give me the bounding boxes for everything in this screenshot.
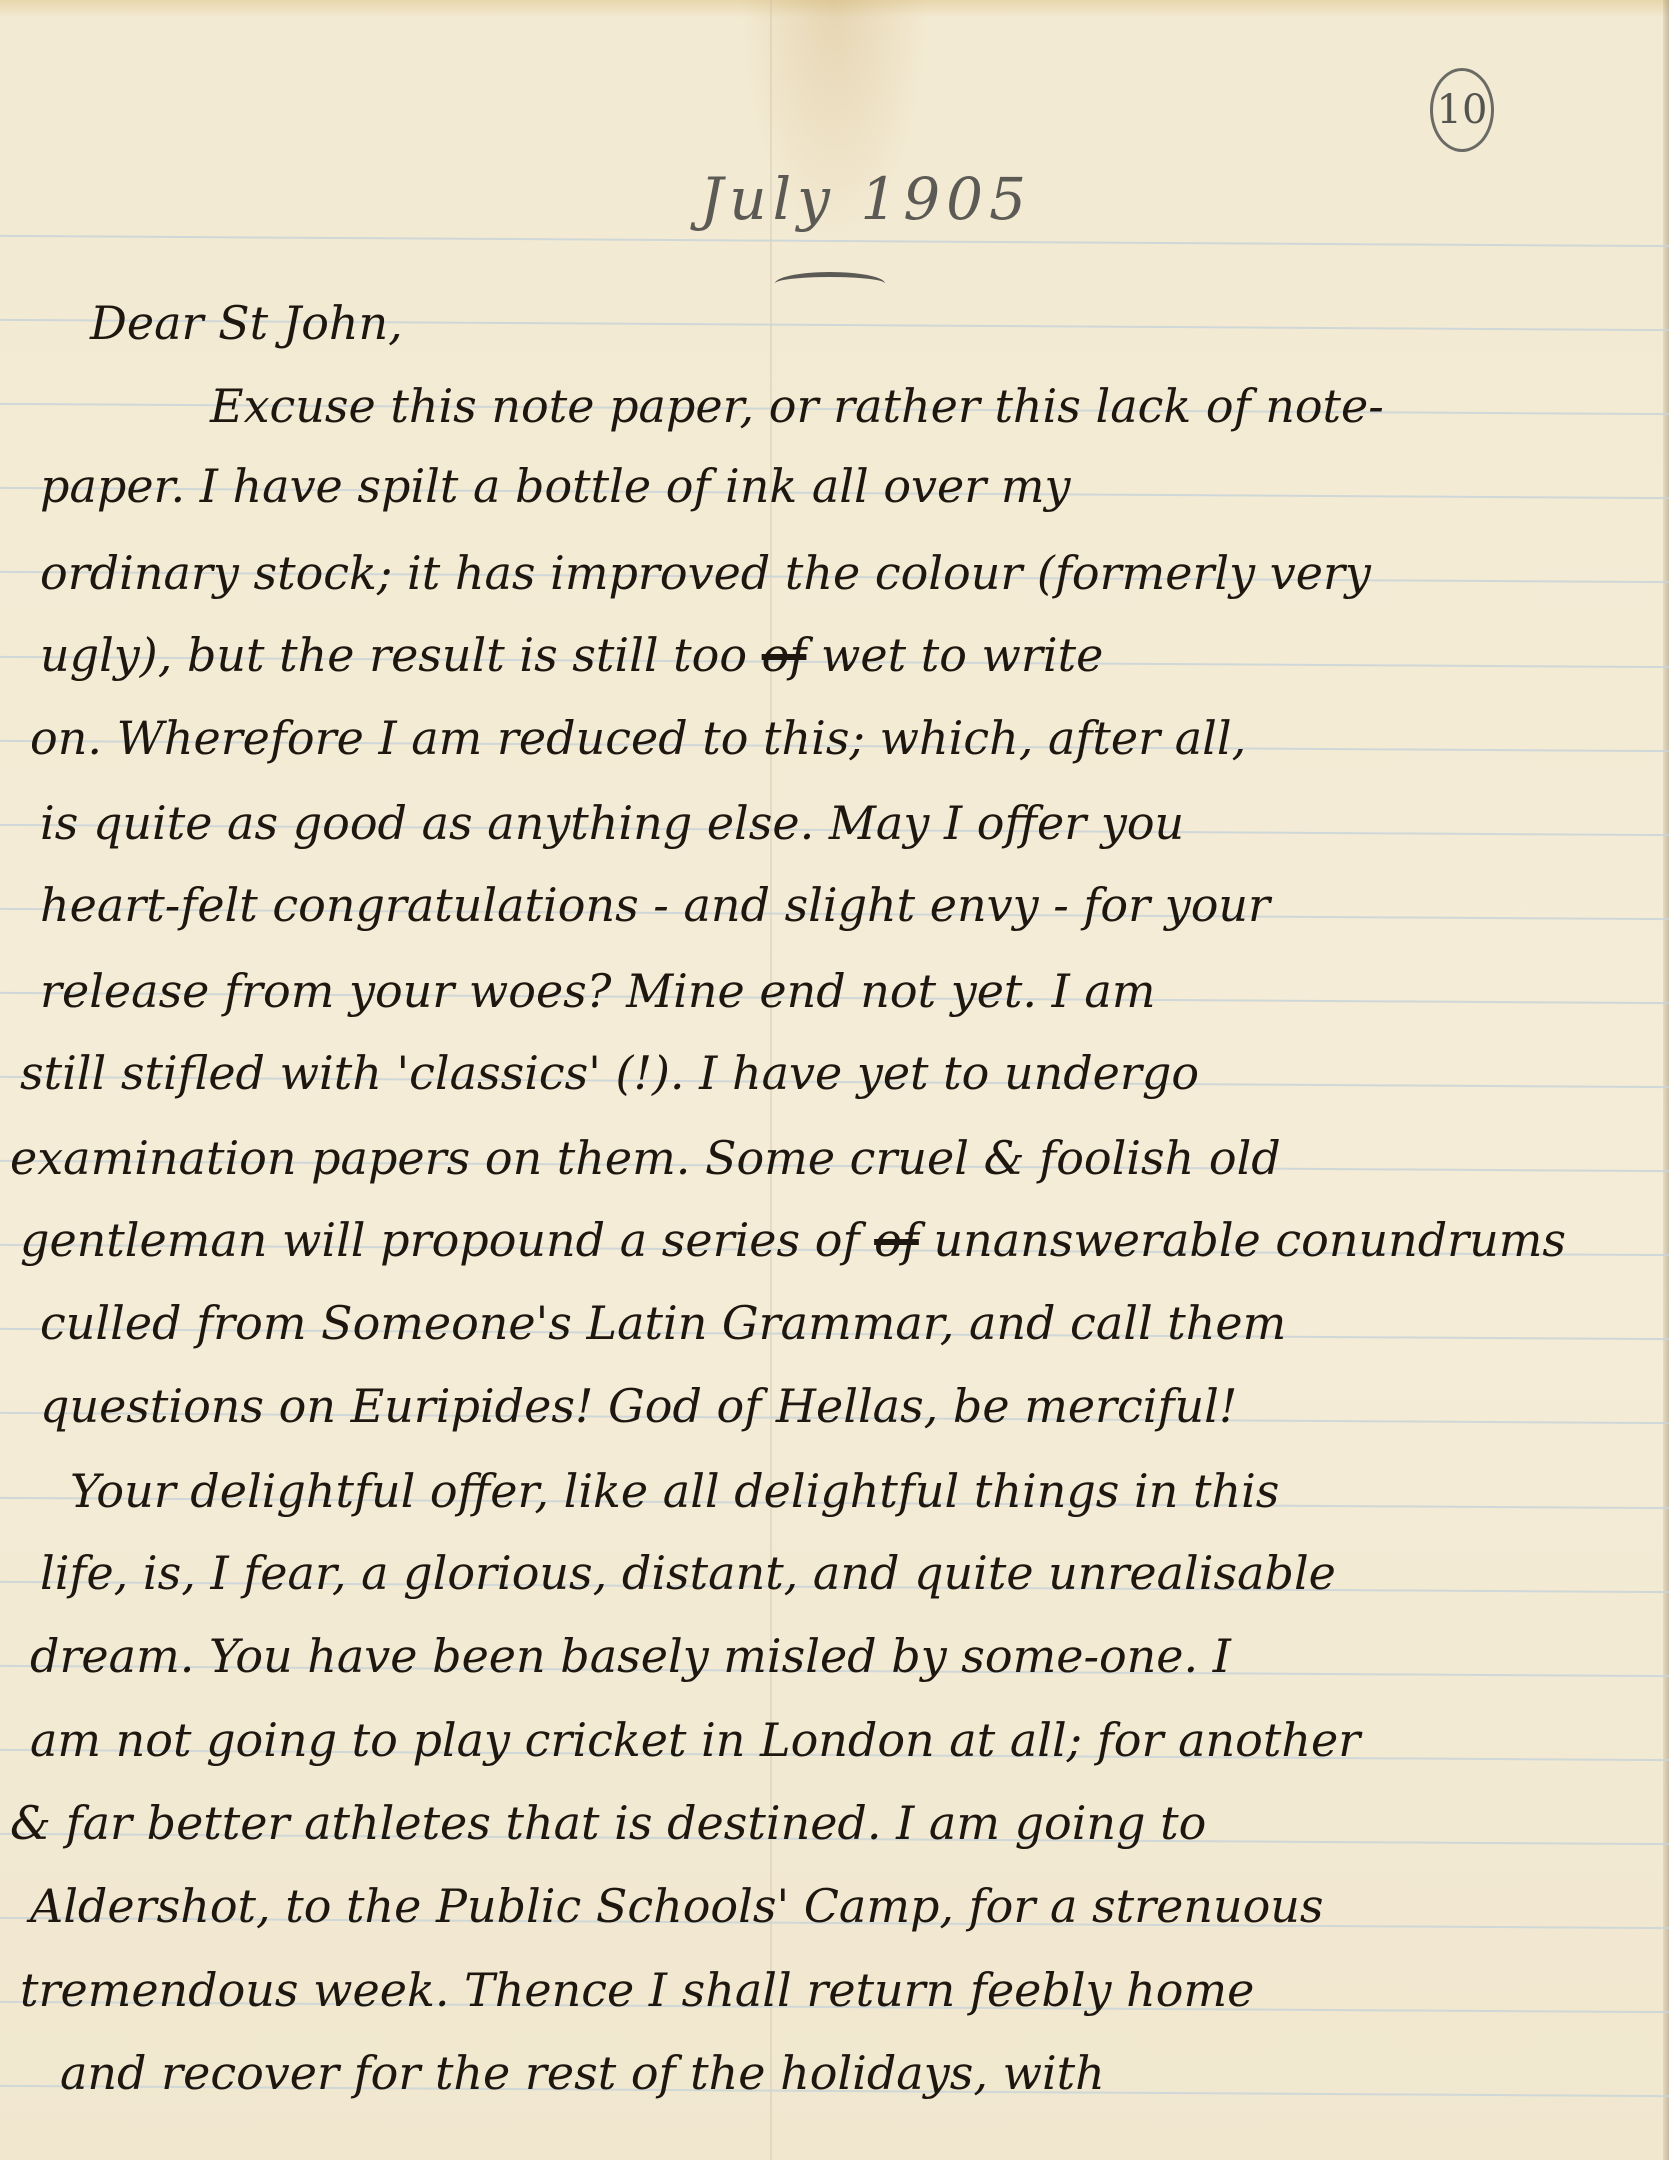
letter-line: am not going to play cricket in London a… <box>30 1717 1360 1763</box>
letter-line: examination papers on them. Some cruel &… <box>10 1135 1281 1181</box>
letter-line: on. Wherefore I am reduced to this; whic… <box>30 715 1246 761</box>
letter-line: tremendous week. Thence I shall return f… <box>20 1967 1254 2013</box>
salutation: Dear St John, <box>90 300 403 346</box>
letter-line: ordinary stock; it has improved the colo… <box>40 550 1371 596</box>
letter-line: life, is, I fear, a glorious, distant, a… <box>40 1550 1336 1596</box>
letter-line: culled from Someone's Latin Grammar, and… <box>40 1300 1286 1346</box>
letter-line: release from your woes? Mine end not yet… <box>40 968 1155 1014</box>
letter-page: 10 July 1905 Dear St John, Excuse this n… <box>0 0 1669 2160</box>
letter-line: ugly), but the result is still too of we… <box>40 632 1103 678</box>
paper-edge <box>1663 0 1669 2160</box>
letter-line: and recover for the rest of the holidays… <box>60 2050 1105 2096</box>
date-underline <box>775 272 885 295</box>
letter-line: gentleman will propound a series of of u… <box>20 1217 1566 1263</box>
letter-line: dream. You have been basely misled by so… <box>30 1633 1231 1679</box>
letter-line: questions on Euripides! God of Hellas, b… <box>40 1383 1237 1429</box>
letter-date: July 1905 <box>700 165 1032 233</box>
folio-number: 10 <box>1430 68 1494 152</box>
ruled-line <box>0 235 1669 247</box>
struck-out-word: of <box>762 628 807 682</box>
letter-line: paper. I have spilt a bottle of ink all … <box>40 463 1070 509</box>
letter-line: Aldershot, to the Public Schools' Camp, … <box>30 1883 1324 1929</box>
struck-out-word: of <box>874 1213 919 1267</box>
letter-line: & far better athletes that is destined. … <box>10 1800 1206 1846</box>
letter-line: is quite as good as anything else. May I… <box>40 800 1184 846</box>
letter-line: heart-felt congratulations - and slight … <box>40 882 1270 928</box>
letter-line: Excuse this note paper, or rather this l… <box>210 383 1384 429</box>
folio-number-text: 10 <box>1437 87 1488 133</box>
letter-line: Your delightful offer, like all delightf… <box>70 1468 1279 1514</box>
letter-line: still stifled with 'classics' (!). I hav… <box>20 1050 1199 1096</box>
